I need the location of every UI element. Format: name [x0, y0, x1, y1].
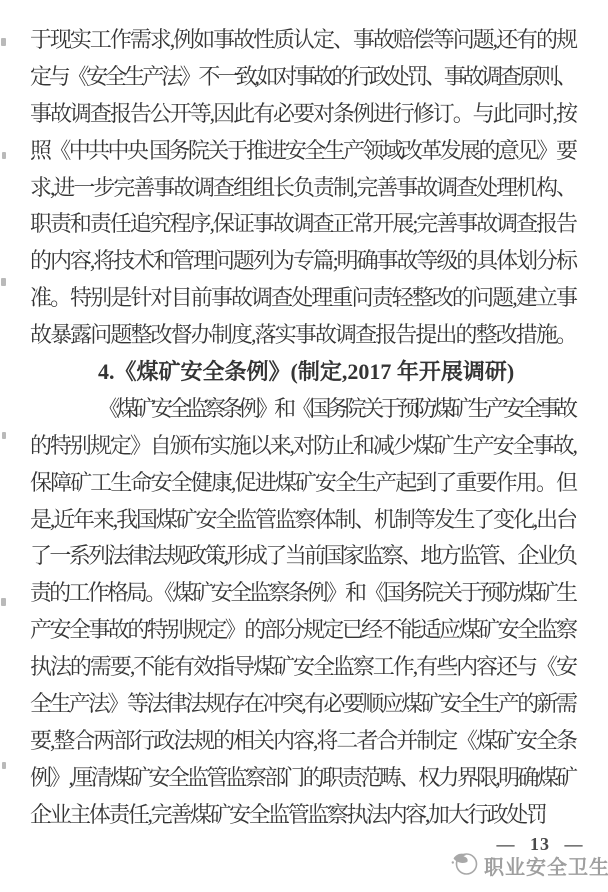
scan-artifact — [2, 152, 6, 159]
watermark-logo-icon — [451, 849, 479, 882]
scan-artifact — [1, 38, 6, 46]
text-line: 的内容,将技术和管理问题列为专篇;明确事故等级的具体划分标 — [30, 243, 578, 280]
text-line: 责的工作格局。《煤矿安全监察条例》和《国务院关于预防煤矿生 — [30, 575, 578, 612]
scan-artifact — [1, 598, 6, 606]
section-heading: 4.《煤矿安全条例》(制定,2017 年开展调研) — [30, 354, 578, 391]
text-line: 了一系列法律法规政策,形成了当前国家监察、地方监管、企业负 — [30, 538, 578, 575]
text-line: 准。特别是针对目前事故调查处理重问责轻整改的问题,建立事 — [30, 280, 578, 317]
text-line: 保障矿工生命安全健康,促进煤矿安全生产起到了重要作用。但 — [30, 465, 578, 502]
scan-artifact — [2, 432, 6, 439]
watermark: 职业安全卫生网 — [451, 849, 608, 882]
paragraph-last-line: 企业主体责任,完善煤矿安全监管监察执法内容,加大行政处罚 — [30, 797, 578, 834]
paragraph-first-line: 《煤矿安全监察条例》和《国务院关于预防煤矿生产安全事故 — [30, 391, 578, 428]
watermark-text: 职业安全卫生网 — [484, 851, 608, 880]
text-block: 于现实工作需求,例如事故性质认定、事故赔偿等问题,还有的规 定与《安全生产法》不… — [30, 22, 578, 834]
text-line: 执法的需要,不能有效指导煤矿安全监察工作,有些内容还与《安 — [30, 649, 578, 686]
text-line: 全生产法》等法律法规存在冲突,有必要顺应煤矿安全生产的新需 — [30, 686, 578, 723]
text-line: 事故调查报告公开等,因此有必要对条例进行修订。与此同时,按 — [30, 96, 578, 133]
document-page: 于现实工作需求,例如事故性质认定、事故赔偿等问题,还有的规 定与《安全生产法》不… — [0, 0, 608, 892]
text-line: 例》,厘清煤矿安全监管监察部门的职责范畴、权力界限,明确煤矿 — [30, 760, 578, 797]
text-line: 是,近年来,我国煤矿安全监管监察体制、机制等发生了变化,出台 — [30, 502, 578, 539]
scan-artifact — [1, 278, 6, 286]
text-line: 职责和责任追究程序,保证事故调查正常开展;完善事故调查报告 — [30, 206, 578, 243]
scan-artifact — [2, 762, 6, 769]
text-line: 要,整合两部行政法规的相关内容,将二者合并制定《煤矿安全条 — [30, 723, 578, 760]
text-line: 产安全事故的特别规定》的部分规定已经不能适应煤矿安全监察 — [30, 612, 578, 649]
text-line: 故暴露问题整改督办制度,落实事故调查报告提出的整改措施。 — [30, 317, 578, 354]
text-line: 定与《安全生产法》不一致,如对事故的行政处罚、事故调查原则、 — [30, 59, 578, 96]
text-line: 于现实工作需求,例如事故性质认定、事故赔偿等问题,还有的规 — [30, 22, 578, 59]
text-line: 求,进一步完善事故调查组组长负责制,完善事故调查处理机构、 — [30, 170, 578, 207]
text-line: 的特别规定》自颁布实施以来,对防止和减少煤矿生产安全事故, — [30, 428, 578, 465]
text-line: 照《中共中央 国务院关于推进安全生产领域改革发展的意见》要 — [30, 133, 578, 170]
